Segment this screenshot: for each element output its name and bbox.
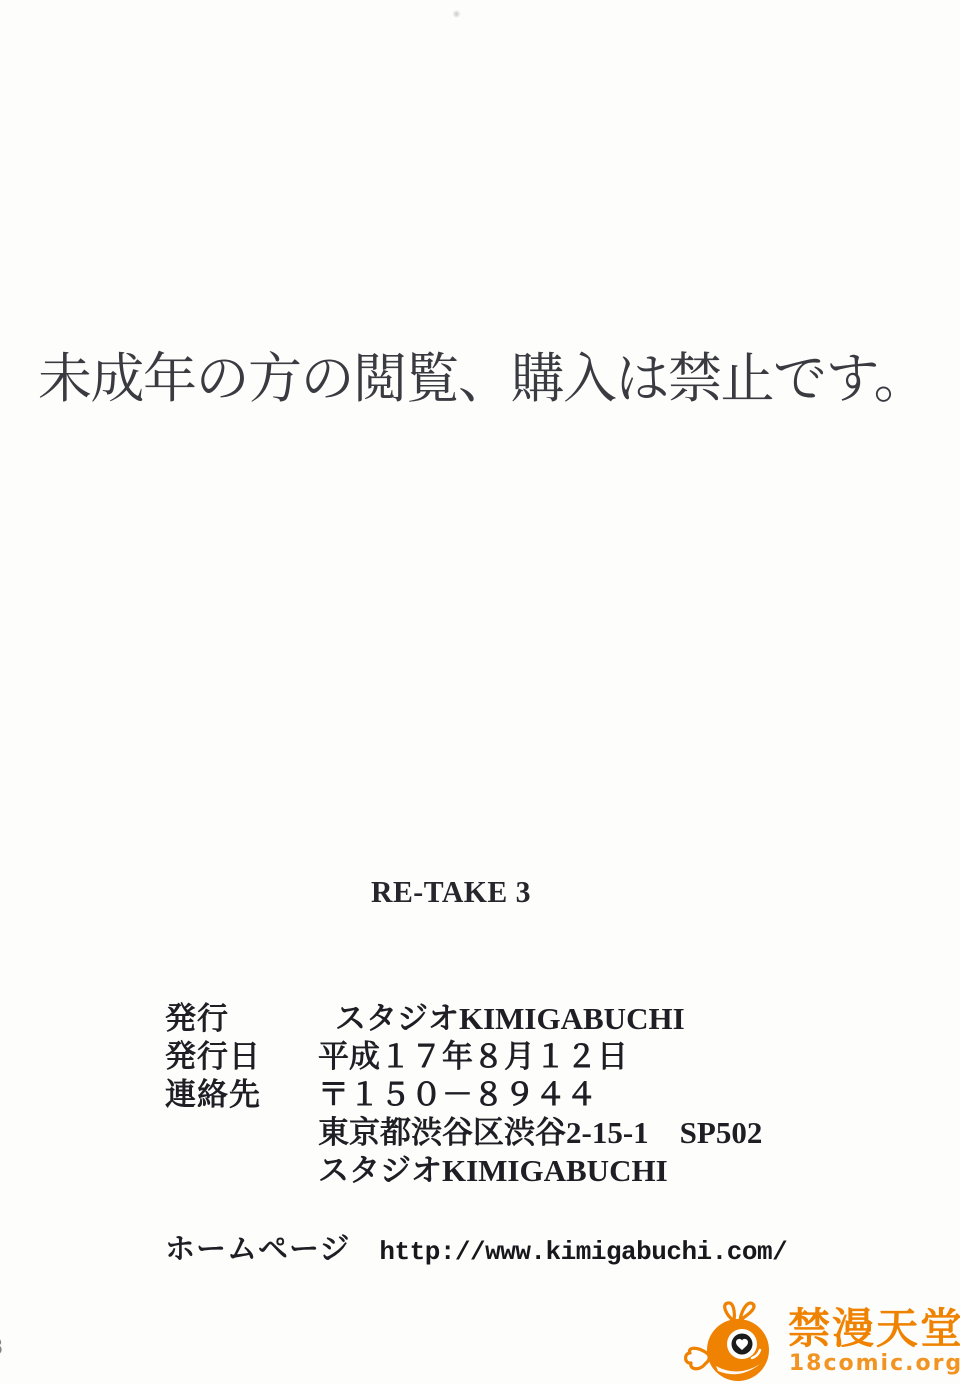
book-title: RE-TAKE 3: [371, 874, 531, 910]
age-warning-text: 未成年の方の閲覧、購入は禁止です。: [38, 336, 926, 413]
whale-mascot-icon: [682, 1294, 784, 1384]
page-number-partial: 8: [0, 1334, 3, 1360]
colophon-row-publisher: 発行 スタジオKIMIGABUCHI: [165, 993, 762, 1031]
site-domain: 18comic.org: [788, 1353, 960, 1375]
colophon-value: スタジオKIMIGABUCHI: [318, 1145, 668, 1190]
homepage-row: ホームページ http://www.kimigabuchi.com/: [165, 1224, 787, 1268]
site-watermark: 禁漫天堂 18comic.org: [682, 1294, 960, 1384]
scan-speck: [452, 10, 461, 18]
watermark-text: 禁漫天堂 18comic.org: [788, 1294, 960, 1375]
scanned-colophon-page: 未成年の方の閲覧、購入は禁止です。 RE-TAKE 3 発行 スタジオKIMIG…: [0, 0, 960, 1384]
colophon-label: 連絡先: [165, 1069, 318, 1114]
homepage-label: ホームページ: [165, 1224, 350, 1268]
homepage-url: http://www.kimigabuchi.com/: [379, 1237, 787, 1267]
site-name: 禁漫天堂: [788, 1308, 960, 1350]
colophon-block: 発行 スタジオKIMIGABUCHI 発行日 平成１７年８月１２日 連絡先 〒１…: [165, 993, 762, 1183]
colophon-row-contact: 連絡先 〒１５０－８９４４: [165, 1069, 762, 1107]
